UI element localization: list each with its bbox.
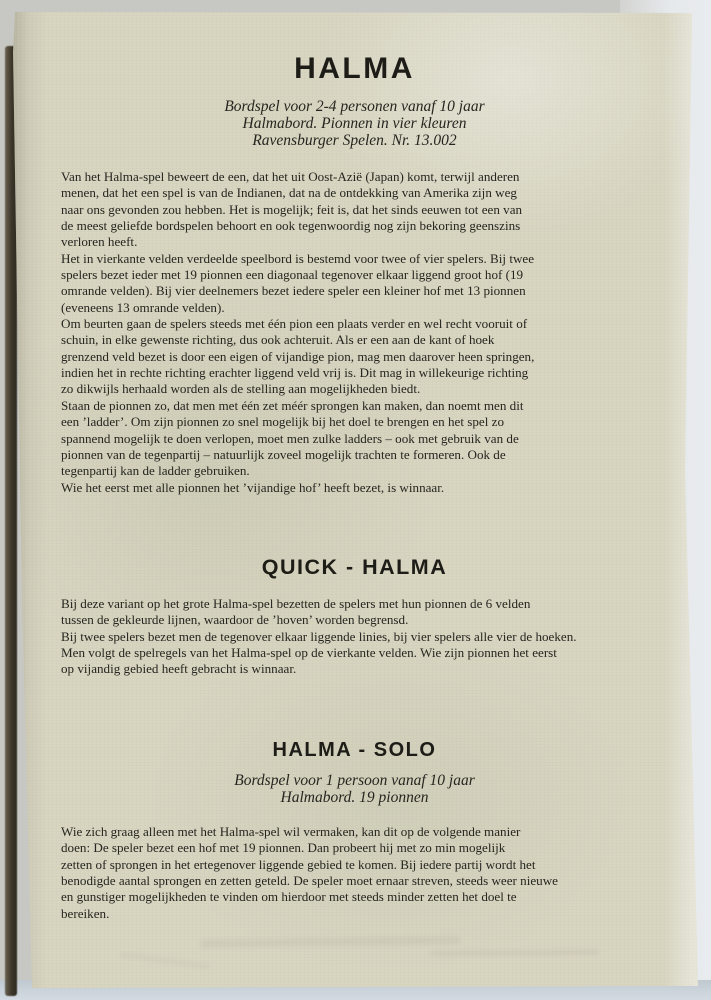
quick-halma-rules-text: Bij deze variant op het grote Halma-spel… bbox=[61, 596, 661, 678]
show-through-smudge-3 bbox=[120, 952, 210, 969]
main-rules-text: Van het Halma-spel beweert de een, dat h… bbox=[61, 169, 661, 496]
show-through-smudge-1 bbox=[200, 936, 460, 948]
section-heading-quick-halma: QUICK - HALMA bbox=[62, 555, 647, 580]
subtitle-line-1: Bordspel voor 2-4 personen vanaf 10 jaar bbox=[224, 98, 484, 115]
subtitle-line-2: Halmabord. Pionnen in vier kleuren bbox=[243, 115, 467, 132]
subtitle-line-3: Ravensburger Spelen. Nr. 13.002 bbox=[252, 132, 456, 149]
page-title: HALMA bbox=[62, 52, 647, 86]
solo-subtitle-line-1: Bordspel voor 1 persoon vanaf 10 jaar bbox=[234, 772, 475, 789]
paper-left-edge-shadow bbox=[5, 46, 17, 996]
photo-backdrop: HALMA Bordspel voor 2-4 personen vanaf 1… bbox=[0, 0, 711, 1000]
main-subtitle: Bordspel voor 2-4 personen vanaf 10 jaar… bbox=[62, 98, 647, 150]
instruction-sheet: HALMA Bordspel voor 2-4 personen vanaf 1… bbox=[0, 0, 711, 1000]
solo-subtitle-line-2: Halmabord. 19 pionnen bbox=[281, 789, 429, 806]
show-through-smudge-2 bbox=[430, 949, 600, 956]
solo-subtitle: Bordspel voor 1 persoon vanaf 10 jaar Ha… bbox=[62, 772, 647, 806]
section-heading-halma-solo: HALMA - SOLO bbox=[62, 739, 647, 762]
halma-solo-rules-text: Wie zich graag alleen met het Halma-spel… bbox=[61, 824, 661, 922]
